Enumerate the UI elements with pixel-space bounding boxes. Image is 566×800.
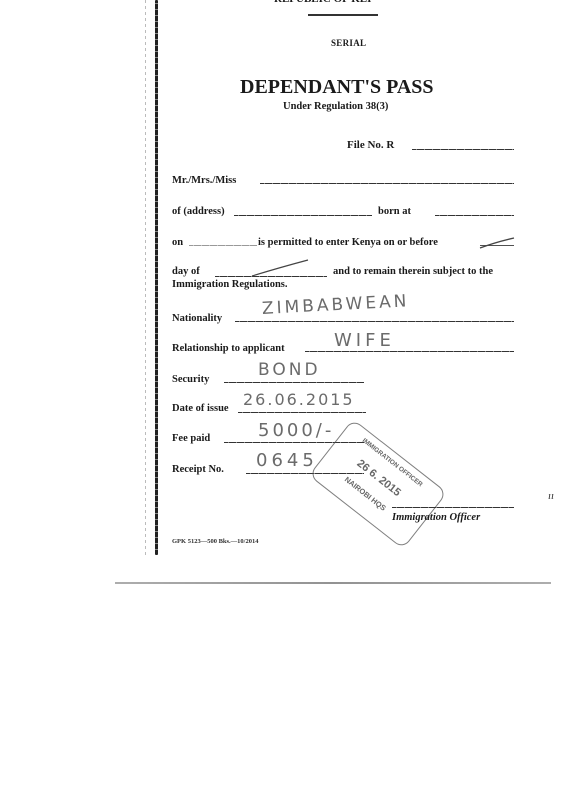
relationship-value: WIFE xyxy=(334,330,395,351)
on-label: on xyxy=(172,237,183,248)
page-subtitle: Under Regulation 38(3) xyxy=(283,101,388,112)
margin-mark: ıı xyxy=(548,490,554,502)
perforation-faint xyxy=(145,0,146,555)
relationship-line xyxy=(305,351,514,352)
permitted-text: is permitted to enter Kenya on or before xyxy=(258,237,438,248)
file-no-label: File No. R xyxy=(347,139,394,151)
fee-paid-label: Fee paid xyxy=(172,433,210,444)
security-line xyxy=(224,382,364,383)
header-republic: REPUBLIC OF KEI xyxy=(274,0,371,5)
date-of-issue-line xyxy=(238,412,366,413)
fee-paid-value: 5000/- xyxy=(258,420,334,441)
security-label: Security xyxy=(172,374,209,385)
address-label: of (address) xyxy=(172,206,225,217)
page-title: DEPENDANT'S PASS xyxy=(240,76,434,99)
footer-code: GPK 5123—500 Bks.—10/2014 xyxy=(172,538,259,545)
name-label: Mr./Mrs./Miss xyxy=(172,175,236,186)
paper-edge xyxy=(115,582,551,584)
header-divider xyxy=(308,14,378,16)
date-of-issue-value: 26.06.2015 xyxy=(243,390,355,409)
born-at-line xyxy=(435,215,514,216)
receipt-no-label: Receipt No. xyxy=(172,464,224,475)
strike-mark xyxy=(478,236,516,250)
perforation-edge xyxy=(155,0,158,555)
nationality-line xyxy=(235,321,514,322)
address-line xyxy=(234,215,372,216)
name-line xyxy=(260,183,514,184)
signature-line xyxy=(392,507,514,508)
serial-label: SERIAL xyxy=(331,38,366,48)
on-line xyxy=(189,245,257,246)
strike-mark-2 xyxy=(250,258,310,278)
regulations-text: Immigration Regulations. xyxy=(172,279,288,290)
relationship-label: Relationship to applicant xyxy=(172,343,285,354)
remain-text: and to remain therein subject to the xyxy=(333,266,493,277)
receipt-no-value: 0645 xyxy=(256,450,318,471)
nationality-label: Nationality xyxy=(172,313,222,324)
signature-label: Immigration Officer xyxy=(392,512,480,523)
security-value: BOND xyxy=(258,360,321,380)
day-of-label: day of xyxy=(172,266,200,277)
date-of-issue-label: Date of issue xyxy=(172,403,229,414)
nationality-value: ZIMBABWEAN xyxy=(261,291,409,319)
born-at-label: born at xyxy=(378,206,411,217)
file-no-line xyxy=(412,149,514,150)
